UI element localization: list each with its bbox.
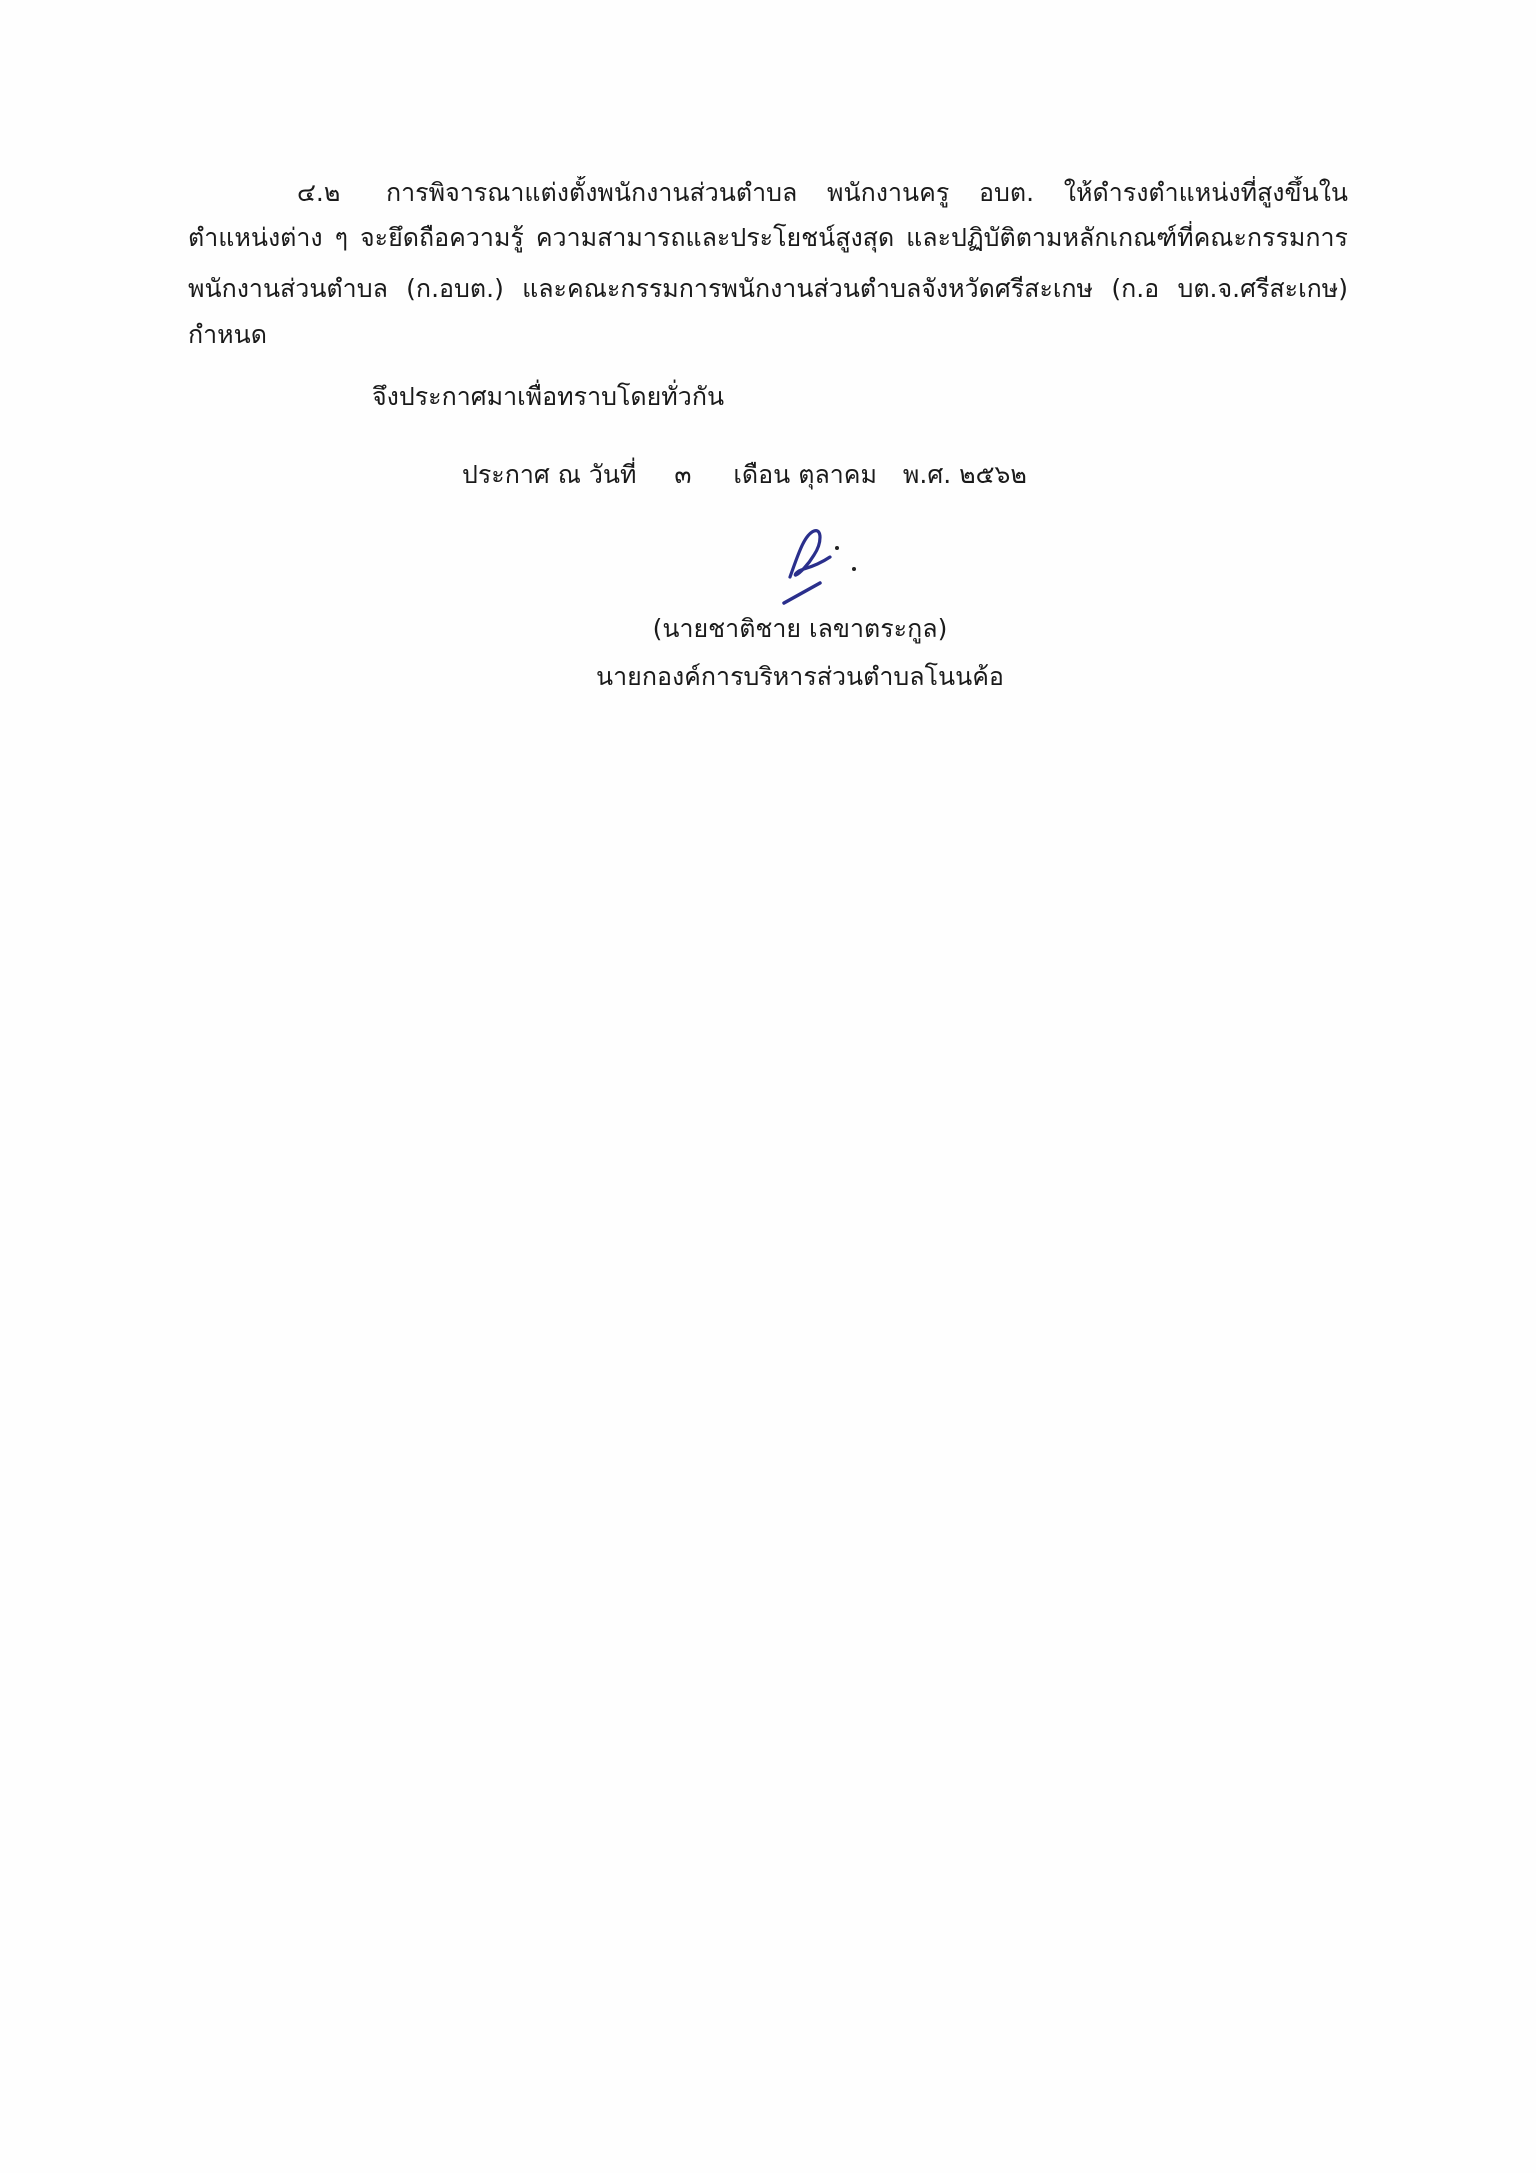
signatory-title: นายกองค์การบริหารส่วนตำบลโนนค้อ bbox=[560, 660, 1040, 694]
clause-line-1: การพิจารณาแต่งตั้งพนักงานส่วนตำบล พนักงา… bbox=[386, 176, 1348, 216]
date-day: ๓ bbox=[674, 460, 691, 489]
signatory-name: (นายชาติชาย เลขาตระกูล) bbox=[600, 612, 1000, 646]
date-year: ๒๕๖๒ bbox=[959, 460, 1027, 489]
closing-statement: จึงประกาศมาเพื่อทราบโดยทั่วกัน bbox=[372, 380, 724, 414]
date-year-label: พ.ศ. bbox=[903, 460, 951, 489]
date-month: ตุลาคม bbox=[798, 460, 877, 489]
date-prefix: ประกาศ ณ วันที่ bbox=[462, 460, 636, 489]
date-month-label: เดือน bbox=[733, 460, 790, 489]
document-page: ๔.๒ การพิจารณาแต่งตั้งพนักงานส่วนตำบล พน… bbox=[0, 0, 1536, 2173]
clause-line-2: ตำแหน่งต่าง ๆ จะยึดถือความรู้ ความสามารถ… bbox=[188, 221, 1348, 261]
clause-line-4: กำหนด bbox=[188, 318, 267, 352]
handwritten-signature-icon bbox=[770, 515, 880, 610]
clause-line-3: พนักงานส่วนตำบล (ก.อบต.) และคณะกรรมการพน… bbox=[188, 272, 1348, 312]
announcement-date: ประกาศ ณ วันที่ ๓ เดือน ตุลาคม พ.ศ. ๒๕๖๒ bbox=[462, 458, 1027, 492]
clause-number: ๔.๒ bbox=[297, 176, 340, 210]
